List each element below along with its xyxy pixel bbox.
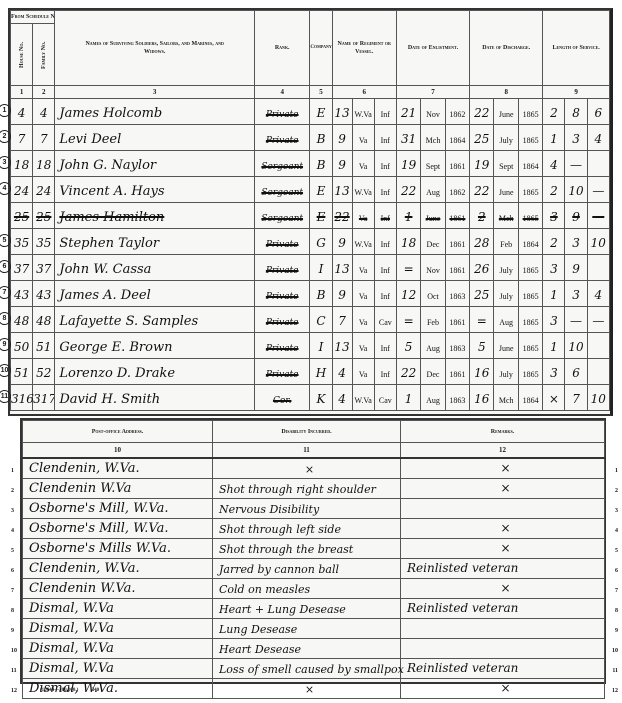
name-value: Vincent A. Hays xyxy=(55,184,164,199)
disability-value: Shot through right shoulder xyxy=(219,483,376,496)
cell-name: George E. Brown xyxy=(55,333,255,359)
enl-day-value: = xyxy=(404,314,414,328)
cell-name: Lafayette S. Samples xyxy=(55,307,255,333)
col-number: 6 xyxy=(332,86,396,99)
days-value: 4 xyxy=(595,288,603,302)
cell-address: Clendenin W.Va.7 xyxy=(23,579,213,599)
cell-remarks: ×4 xyxy=(401,519,605,539)
cell-name: David H. Smith xyxy=(55,385,255,411)
cell-family: 18 xyxy=(33,151,55,177)
family-value: 52 xyxy=(36,366,51,380)
cell-disability: Heart + Lung Desease xyxy=(213,599,401,619)
cell-house: 437 xyxy=(11,281,33,307)
enl-year-value: 1863 xyxy=(449,344,465,353)
cell-enl-year: 1862 xyxy=(445,177,469,203)
enl-year-value: 1861 xyxy=(449,318,465,327)
cell-disability: × xyxy=(213,679,401,699)
cell-reg-type: Inf xyxy=(374,99,396,125)
cell-reg-state: Va xyxy=(352,203,374,229)
cell-yrs: 2 xyxy=(543,229,565,255)
cell-house: 244 xyxy=(11,177,33,203)
cell-rank: Cor. xyxy=(254,385,309,411)
table-row: 35535Stephen TaylorPrivateG9W.VaInf18Dec… xyxy=(11,229,610,255)
cell-yrs: 4 xyxy=(543,151,565,177)
cell-dis-day: 16 xyxy=(470,359,494,385)
cell-reg-no: 9 xyxy=(332,281,352,307)
name-value: David H. Smith xyxy=(55,392,160,407)
reg-state-value: W.Va xyxy=(355,396,372,405)
cell-reg-type: Cav xyxy=(374,307,396,333)
company-value: H xyxy=(316,366,326,380)
reg-no-value: 9 xyxy=(338,236,346,250)
cell-enl-day: 19 xyxy=(396,151,420,177)
dis-month-value: July xyxy=(500,292,513,301)
regiment-header: Name of Regiment or Vessel. xyxy=(332,11,396,86)
cell-mos: 3 xyxy=(565,281,587,307)
line-number: 3 xyxy=(615,508,618,514)
table-row: 48848Lafayette S. SamplesPrivateC7VaCav=… xyxy=(11,307,610,333)
dis-day-value: 26 xyxy=(474,262,489,276)
cell-rank: Private xyxy=(254,333,309,359)
cell-dis-month: July xyxy=(494,359,518,385)
disability-value: Nervous Disibility xyxy=(219,503,319,516)
reg-state-value: Va xyxy=(359,344,367,353)
cell-reg-state: Va xyxy=(352,255,374,281)
cell-rank: Private xyxy=(254,307,309,333)
dis-month-value: Mch xyxy=(499,396,514,405)
cell-enl-day: 1 xyxy=(396,203,420,229)
col-number: 12 xyxy=(401,443,605,459)
reg-state-value: Va xyxy=(359,292,367,301)
cell-remarks: ×7 xyxy=(401,579,605,599)
cell-mos: 3 xyxy=(565,229,587,255)
rank-value: Private xyxy=(266,292,299,302)
rank-value: Sergeant xyxy=(261,162,303,172)
enl-day-value: 18 xyxy=(401,236,416,250)
cell-dis-year: 1864 xyxy=(518,151,542,177)
cell-disability: Jarred by cannon ball xyxy=(213,559,401,579)
line-number: 2 xyxy=(615,488,618,494)
form-footer: (10644—300,000.) 340 xyxy=(40,688,99,693)
reg-no-value: 13 xyxy=(334,106,349,120)
family-value: 51 xyxy=(36,340,51,354)
reg-type-value: Inf xyxy=(381,292,390,301)
enl-month-value: Aug xyxy=(426,344,440,353)
cell-family: 317 xyxy=(33,385,55,411)
family-value: 43 xyxy=(36,288,51,302)
table-row: Osborne's Mill, W.Va.3Nervous Disibility… xyxy=(23,499,605,519)
reg-no-value: 7 xyxy=(338,314,346,328)
cell-enl-month: Oct xyxy=(421,281,445,307)
cell-dis-month: July xyxy=(494,255,518,281)
family-value: 37 xyxy=(36,262,51,276)
cell-rank: Sergeant xyxy=(254,177,309,203)
reg-no-value: 22 xyxy=(334,210,349,224)
cell-enl-month: Aug xyxy=(421,177,445,203)
cell-dis-day: 19 xyxy=(470,151,494,177)
dis-month-value: July xyxy=(500,266,513,275)
reg-no-value: 13 xyxy=(334,340,349,354)
cell-enl-day: 31 xyxy=(396,125,420,151)
cell-disability: Loss of smell caused by smallpox xyxy=(213,659,401,679)
cell-mos: — xyxy=(565,151,587,177)
yrs-value: 2 xyxy=(550,106,558,120)
cell-name: Lorenzo D. Drake xyxy=(55,359,255,385)
enl-month-value: Dec xyxy=(427,240,440,249)
cell-disability: Lung Desease xyxy=(213,619,401,639)
disability-value: Heart + Lung Desease xyxy=(219,603,346,616)
cell-name: Stephen Taylor xyxy=(55,229,255,255)
reg-type-value: Inf xyxy=(381,370,390,379)
cell-yrs: 1 xyxy=(543,125,565,151)
cell-reg-type: Inf xyxy=(374,203,396,229)
cell-dis-month: Sept xyxy=(494,151,518,177)
cell-family: 25 xyxy=(33,203,55,229)
line-number-marker: 11 xyxy=(0,390,11,403)
cell-enl-month: Dec xyxy=(421,359,445,385)
name-value: Lorenzo D. Drake xyxy=(55,366,175,381)
cell-dis-year: 1865 xyxy=(518,125,542,151)
house-value: 37 xyxy=(14,262,29,276)
dis-year-value: 1865 xyxy=(523,318,539,327)
cell-enl-month: Aug xyxy=(421,385,445,411)
cell-mos: — xyxy=(565,307,587,333)
yrs-value: 2 xyxy=(550,184,558,198)
cell-reg-state: Va xyxy=(352,151,374,177)
reg-type-value: Inf xyxy=(381,188,390,197)
cell-days xyxy=(587,333,609,359)
col-number: 5 xyxy=(310,86,332,99)
cell-mos: 8 xyxy=(565,99,587,125)
reg-state-value: W.Va xyxy=(355,188,372,197)
house-value: 18 xyxy=(14,158,29,172)
from-schedule-header: From Schedule No. 1. xyxy=(11,11,55,24)
company-value: B xyxy=(317,288,326,302)
cell-days: 4 xyxy=(587,281,609,307)
cell-enl-day: 12 xyxy=(396,281,420,307)
dis-year-value: 1865 xyxy=(523,136,539,145)
rank-value: Private xyxy=(266,136,299,146)
name-value: Levi Deel xyxy=(55,132,121,147)
table-row: Clendenin W.Va.7Cold on measles×7 xyxy=(23,579,605,599)
yrs-value: 1 xyxy=(550,132,558,146)
cell-enl-year: 1861 xyxy=(445,359,469,385)
family-value: 4 xyxy=(40,106,48,120)
house-value: 51 xyxy=(14,366,29,380)
cell-remarks: ×12 xyxy=(401,679,605,699)
line-number: 8 xyxy=(615,608,618,614)
cell-enl-month: Sept xyxy=(421,151,445,177)
remarks-value: × xyxy=(500,521,510,535)
cell-enl-month: Dec xyxy=(421,229,445,255)
enl-month-value: Aug xyxy=(426,188,440,197)
cell-reg-state: Va xyxy=(352,333,374,359)
cell-days: — xyxy=(587,307,609,333)
cell-remarks: 10 xyxy=(401,639,605,659)
days-value: — xyxy=(592,314,604,328)
dis-year-value: 1864 xyxy=(523,240,539,249)
reg-no-value: 13 xyxy=(334,262,349,276)
table-row: Dismal, W.Va9Lung Desease9 xyxy=(23,619,605,639)
dis-year-value: 1865 xyxy=(523,110,539,119)
family-value: 7 xyxy=(40,132,48,146)
family-value: 18 xyxy=(36,158,51,172)
table-row: 31611317David H. SmithCor.K4W.VaCav1Aug1… xyxy=(11,385,610,411)
cell-reg-type: Inf xyxy=(374,359,396,385)
cell-yrs: × xyxy=(543,385,565,411)
cell-mos: 10 xyxy=(565,333,587,359)
cell-remarks: Reinlisted veteran6 xyxy=(401,559,605,579)
line-number: 4 xyxy=(615,528,618,534)
dis-year-value: 1865 xyxy=(523,266,539,275)
reg-type-value: Cav xyxy=(379,318,392,327)
cell-dis-year: 1865 xyxy=(518,333,542,359)
cell-dis-month: Aug xyxy=(494,307,518,333)
line-number: 9 xyxy=(11,628,14,634)
cell-enl-year: 1863 xyxy=(445,385,469,411)
soldiers-table: From Schedule No. 1. Names of Surviving … xyxy=(10,10,610,411)
enl-year-value: 1861 xyxy=(449,240,465,249)
enlistment-header: Date of Enlistment. xyxy=(396,11,469,86)
col-number: 1 xyxy=(11,86,33,99)
cell-dis-year: 1864 xyxy=(518,385,542,411)
house-value: 4 xyxy=(18,106,26,120)
dis-day-value: = xyxy=(477,314,487,328)
name-value: James A. Deel xyxy=(55,288,150,303)
company-value: I xyxy=(319,262,324,276)
table-row: 50951George E. BrownPrivateI13VaInf5Aug1… xyxy=(11,333,610,359)
cell-company: E xyxy=(310,177,332,203)
cell-yrs: 1 xyxy=(543,333,565,359)
line-number: 12 xyxy=(612,688,618,694)
yrs-value: 4 xyxy=(550,158,558,172)
reg-state-value: Va xyxy=(359,162,367,171)
mos-value: 3 xyxy=(572,132,580,146)
enl-year-value: 1864 xyxy=(449,136,465,145)
cell-company: B xyxy=(310,125,332,151)
table-row: Dismal, W.Va10Heart Desease10 xyxy=(23,639,605,659)
house-no-header: House No. xyxy=(11,24,33,86)
disability-value: Shot through left side xyxy=(219,523,341,536)
yrs-value: 3 xyxy=(550,314,558,328)
address-value: Dismal, W.Va xyxy=(29,621,114,636)
cell-reg-type: Inf xyxy=(374,229,396,255)
cell-dis-month: July xyxy=(494,125,518,151)
cell-dis-month: Feb xyxy=(494,229,518,255)
remarks-value: Reinlisted veteran xyxy=(407,561,518,575)
cell-dis-year: 1865 xyxy=(518,255,542,281)
col-number: 10 xyxy=(23,443,213,459)
rank-value: Cor. xyxy=(273,396,291,406)
cell-enl-year: 1861 xyxy=(445,151,469,177)
enl-year-value: 1861 xyxy=(449,214,465,223)
rank-header: Rank. xyxy=(254,11,309,86)
cell-remarks: ×2 xyxy=(401,479,605,499)
family-value: 35 xyxy=(36,236,51,250)
col-number: 11 xyxy=(213,443,401,459)
cell-yrs: 2 xyxy=(543,99,565,125)
table-row: Osborne's Mills W.Va.5Shot through the b… xyxy=(23,539,605,559)
dis-month-value: Mch xyxy=(499,214,514,223)
cell-disability: Nervous Disibility xyxy=(213,499,401,519)
cell-reg-no: 7 xyxy=(332,307,352,333)
cell-address: Clendenin, W.Va.6 xyxy=(23,559,213,579)
page-code: 340 xyxy=(92,688,100,693)
mos-value: 9 xyxy=(572,210,580,224)
cell-family: 43 xyxy=(33,281,55,307)
cell-address: Dismal, W.Va9 xyxy=(23,619,213,639)
cell-reg-type: Inf xyxy=(374,281,396,307)
cell-enl-month: Feb xyxy=(421,307,445,333)
cell-reg-no: 9 xyxy=(332,229,352,255)
dis-day-value: 25 xyxy=(474,288,489,302)
line-number: 4 xyxy=(11,528,14,534)
cell-dis-day: 16 xyxy=(470,385,494,411)
remarks-value: Reinlisted veteran xyxy=(407,661,518,675)
line-number: 7 xyxy=(11,588,14,594)
col-number: 4 xyxy=(254,86,309,99)
cell-mos: 10 xyxy=(565,177,587,203)
cell-house: 72 xyxy=(11,125,33,151)
remarks-value: × xyxy=(500,461,510,475)
cell-house: 509 xyxy=(11,333,33,359)
yrs-value: 1 xyxy=(550,340,558,354)
cell-address: Dismal, W.Va10 xyxy=(23,639,213,659)
cell-yrs: 1 xyxy=(543,281,565,307)
reg-no-value: 9 xyxy=(338,288,346,302)
cell-disability: Shot through the breast xyxy=(213,539,401,559)
cell-rank: Sergeant xyxy=(254,203,309,229)
enl-year-value: 1862 xyxy=(449,188,465,197)
cell-enl-day: 21 xyxy=(396,99,420,125)
cell-company: B xyxy=(310,151,332,177)
line-number-marker: 1 xyxy=(0,104,11,117)
cell-yrs: 3 xyxy=(543,255,565,281)
cell-remarks: 9 xyxy=(401,619,605,639)
service-header: Length of Service. xyxy=(543,11,610,86)
table-row: Clendenin, W.Va.6Jarred by cannon ballRe… xyxy=(23,559,605,579)
enl-day-value: 22 xyxy=(401,184,416,198)
cell-company: I xyxy=(310,333,332,359)
enl-month-value: Oct xyxy=(427,292,439,301)
dis-year-value: 1865 xyxy=(523,370,539,379)
mos-value: 3 xyxy=(572,288,580,302)
enl-month-value: Aug xyxy=(426,396,440,405)
mos-value: — xyxy=(570,314,582,328)
enl-month-value: Mch xyxy=(426,136,441,145)
cell-days: 6 xyxy=(587,99,609,125)
line-number: 6 xyxy=(11,568,14,574)
cell-days: — xyxy=(587,203,609,229)
cell-yrs: 3 xyxy=(543,203,565,229)
disability-value: Lung Desease xyxy=(219,623,297,636)
cell-family: 35 xyxy=(33,229,55,255)
line-number-marker: 6 xyxy=(0,260,11,273)
cell-reg-state: W.Va xyxy=(352,229,374,255)
yrs-value: × xyxy=(549,392,559,406)
cell-mos: 7 xyxy=(565,385,587,411)
cell-reg-no: 4 xyxy=(332,359,352,385)
cell-days: 4 xyxy=(587,125,609,151)
line-number: 11 xyxy=(612,668,618,674)
line-number-marker: 10 xyxy=(0,364,11,377)
line-number-marker: 7 xyxy=(0,286,11,299)
cell-dis-year: 1865 xyxy=(518,359,542,385)
dis-month-value: June xyxy=(499,344,514,353)
cell-dis-day: = xyxy=(470,307,494,333)
rank-value: Sergeant xyxy=(261,188,303,198)
cell-reg-no: 9 xyxy=(332,125,352,151)
line-number: 9 xyxy=(615,628,618,634)
enl-year-value: 1861 xyxy=(449,162,465,171)
company-value: E xyxy=(317,184,326,198)
yrs-value: 2 xyxy=(550,236,558,250)
cell-remarks: ×1 xyxy=(401,458,605,479)
cell-enl-month: Nov xyxy=(421,99,445,125)
names-header: Names of Surviving Soldiers, Sailors, an… xyxy=(55,11,255,86)
enl-day-value: 1 xyxy=(405,392,413,406)
cell-house: 488 xyxy=(11,307,33,333)
dis-day-value: 16 xyxy=(474,366,489,380)
family-value: 25 xyxy=(36,210,51,224)
cell-reg-state: W.Va xyxy=(352,177,374,203)
cell-name: Vincent A. Hays xyxy=(55,177,255,203)
line-number-marker: 9 xyxy=(0,338,11,351)
cell-dis-month: Mch xyxy=(494,385,518,411)
enl-day-value: 5 xyxy=(405,340,413,354)
disability-value: Cold on measles xyxy=(219,583,310,596)
name-value: John W. Cassa xyxy=(55,262,151,277)
cell-dis-day: 25 xyxy=(470,281,494,307)
address-value: Osborne's Mill, W.Va. xyxy=(29,501,168,516)
col-number: 9 xyxy=(543,86,610,99)
house-value: 7 xyxy=(18,132,26,146)
address-disability-table: Post-office Address. Disability Incurred… xyxy=(22,420,605,699)
disability-value: Jarred by cannon ball xyxy=(219,563,339,576)
cell-dis-year: 1865 xyxy=(518,99,542,125)
yrs-value: 1 xyxy=(550,288,558,302)
table-row: Dismal, W.Va11Loss of smell caused by sm… xyxy=(23,659,605,679)
dis-month-value: June xyxy=(499,188,514,197)
cell-company: C xyxy=(310,307,332,333)
line-number: 1 xyxy=(615,468,618,474)
reg-type-value: Inf xyxy=(381,214,390,223)
cell-yrs: 2 xyxy=(543,177,565,203)
line-number: 2 xyxy=(11,488,14,494)
dis-year-value: 1864 xyxy=(523,396,539,405)
days-value: — xyxy=(592,184,604,198)
enl-month-value: Nov xyxy=(426,110,440,119)
cell-dis-day: 22 xyxy=(470,99,494,125)
cell-enl-year: 1863 xyxy=(445,333,469,359)
dis-day-value: 2 xyxy=(478,210,486,224)
dis-day-value: 19 xyxy=(474,158,489,172)
cell-name: James A. Deel xyxy=(55,281,255,307)
cell-company: G xyxy=(310,229,332,255)
company-value: B xyxy=(317,158,326,172)
reg-type-value: Inf xyxy=(381,266,390,275)
mos-value: 10 xyxy=(568,184,583,198)
days-value: 4 xyxy=(595,132,603,146)
enl-day-value: 31 xyxy=(401,132,416,146)
cell-dis-month: June xyxy=(494,177,518,203)
cell-rank: Private xyxy=(254,255,309,281)
enl-day-value: 19 xyxy=(401,158,416,172)
cell-rank: Private xyxy=(254,359,309,385)
cell-dis-year: 1865 xyxy=(518,203,542,229)
cell-dis-month: July xyxy=(494,281,518,307)
days-value: 10 xyxy=(591,392,606,406)
